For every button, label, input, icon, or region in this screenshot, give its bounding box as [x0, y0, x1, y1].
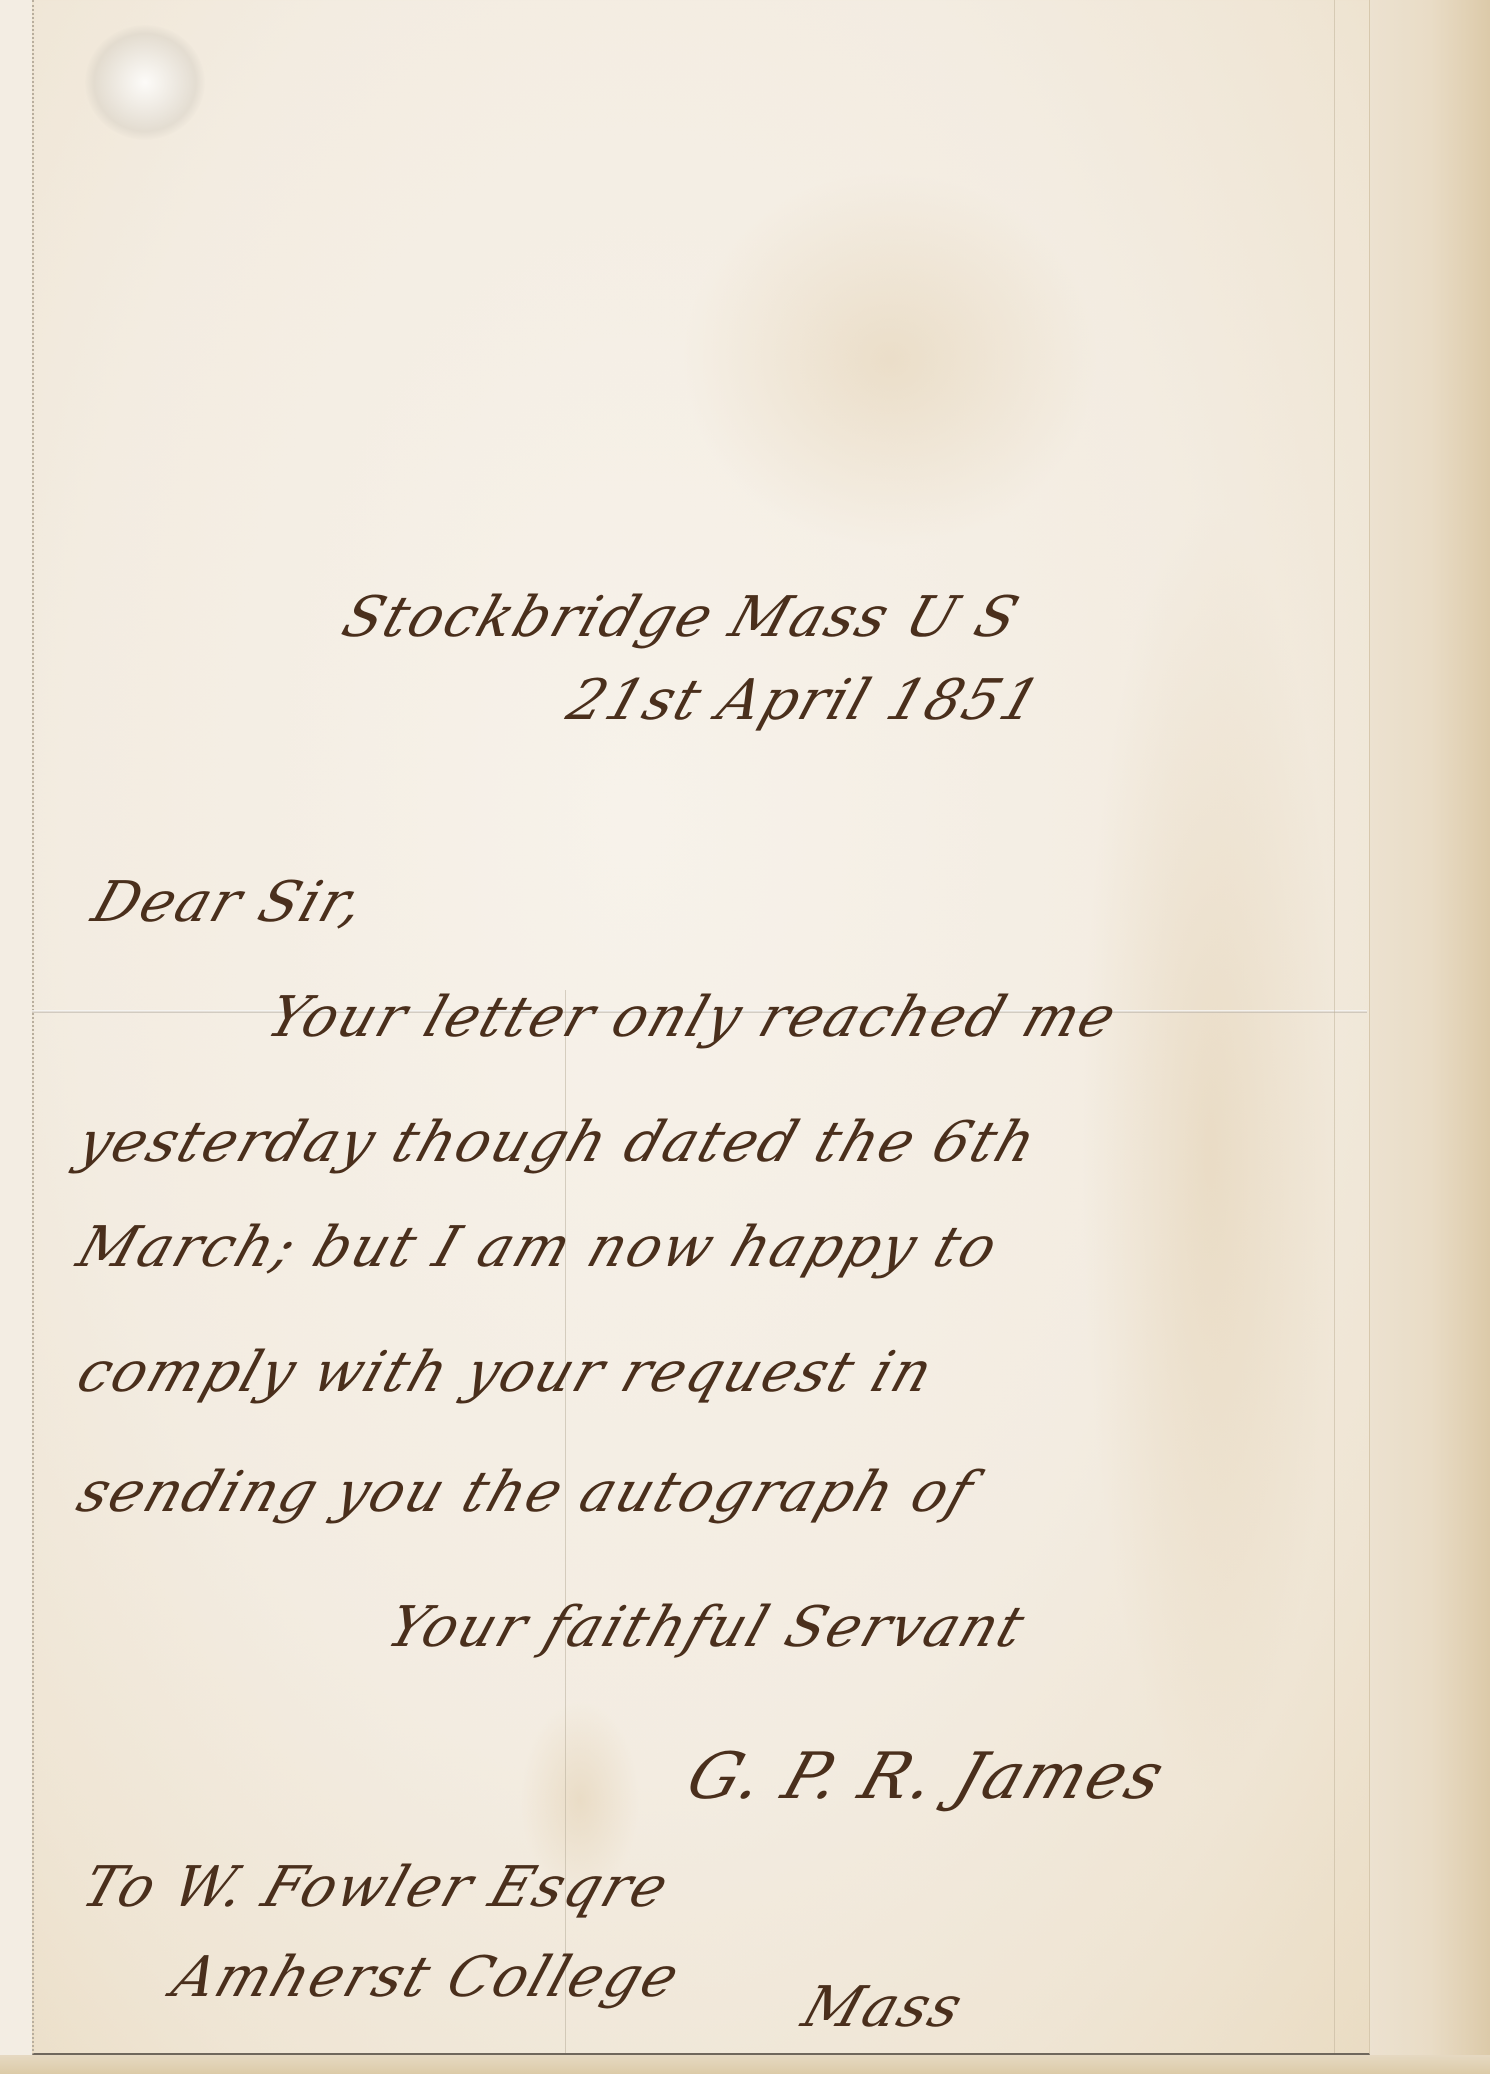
- address-line-3: Mass: [794, 1975, 971, 2040]
- heading-place: Stockbridge Mass U S: [334, 585, 1028, 650]
- body-line-5: sending you the autograph of: [69, 1460, 982, 1525]
- water-stain: [680, 170, 1100, 550]
- closing: Your faithful Servant: [379, 1595, 1034, 1660]
- right-fold: [1334, 0, 1335, 2053]
- body-line-2: yesterday though dated the 6th: [69, 1110, 1045, 1175]
- backing-bottom-edge: [0, 2055, 1490, 2074]
- heading-date: 21st April 1851: [559, 668, 1050, 733]
- body-line-3: March; but I am now happy to: [69, 1215, 1006, 1280]
- address-line-2: Amherst College: [164, 1945, 688, 2010]
- foxing-stain: [1080, 500, 1340, 1800]
- body-line-1: Your letter only reached me: [259, 985, 1125, 1050]
- body-line-4: comply with your request in: [69, 1340, 942, 1405]
- signature: G. P. R. James: [678, 1740, 1174, 1814]
- salutation: Dear Sir,: [84, 870, 374, 935]
- address-line-1: To W. Fowler Esqre: [74, 1855, 677, 1920]
- embossed-stamp: [85, 25, 205, 140]
